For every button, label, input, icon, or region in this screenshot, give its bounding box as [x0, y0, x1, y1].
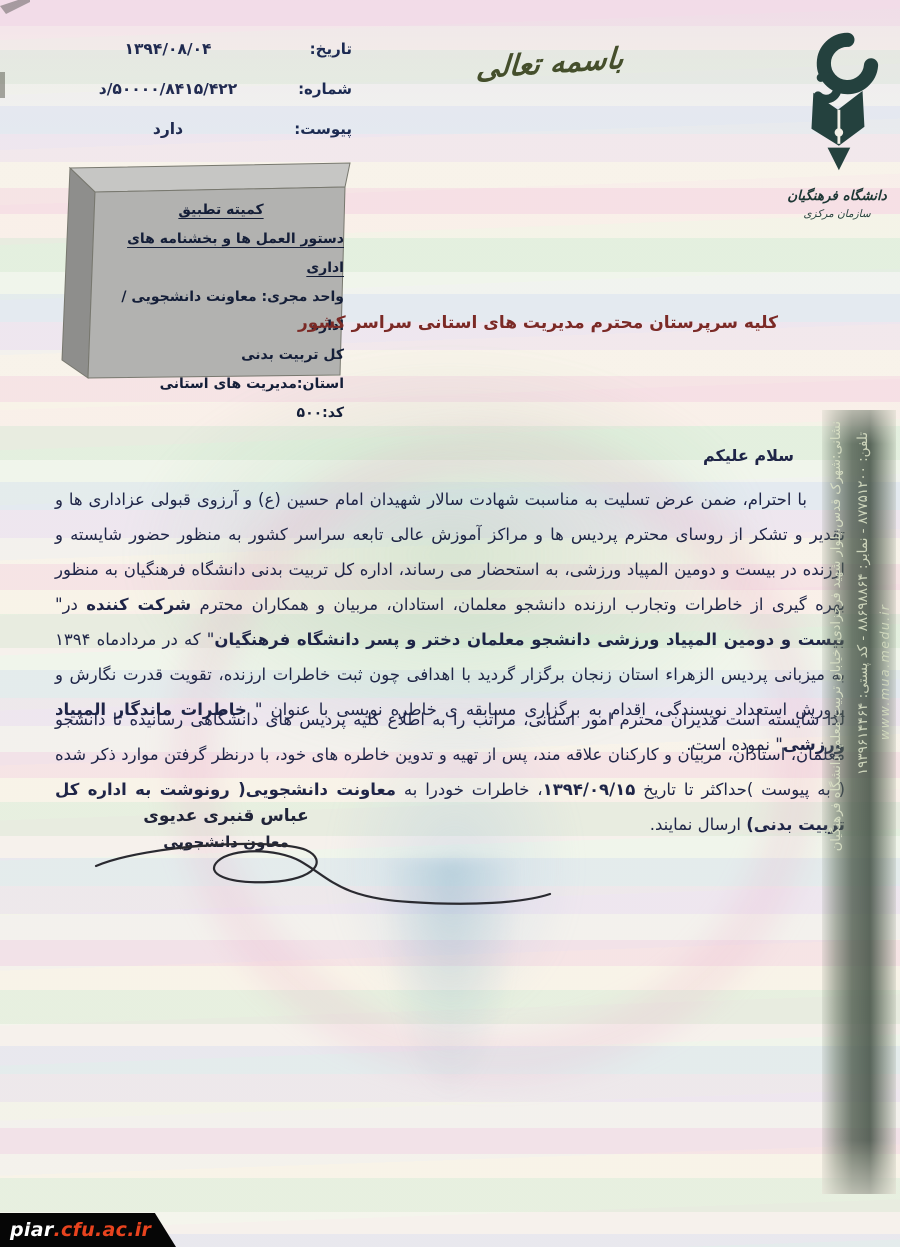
salutation: سلام علیکم — [703, 446, 794, 465]
site-url-watermark: piar.cfu.ac.ir — [0, 1213, 176, 1247]
strip-phone-fax-postal-line: تلفن: ۸۷۷۵۱۲۰۰ - نمابر: ۸۸۶۹۸۸۶۴ - کد پس… — [855, 432, 873, 992]
header-row-attachment: پیوست: دارد — [50, 120, 352, 150]
text-segment: بیست و دومین المپیاد ورزشی دانشجو معلمان… — [214, 630, 845, 649]
text-segment: شرکت کننده — [86, 595, 191, 614]
signer-name: عباس قنبری عدیوی — [108, 806, 344, 826]
attachment-value: دارد — [50, 120, 286, 138]
number-label: شماره: — [286, 80, 352, 98]
right-edge-contact-strip: نشانی:شهرک قدس،بلوار شهید فرحزادی، خیابا… — [822, 410, 896, 1194]
scanned-letter-page: تاریخ: ۱۳۹۴/۰۸/۰۴ شماره: د/۵۰۰۰۰/۸۴۱۵/۴۲… — [0, 0, 900, 1247]
logo-suborg-name: سازمان مرکزی — [778, 208, 896, 220]
stamp-text-block: کمیته تطبیق دستور العمل ها و بخشنامه های… — [92, 192, 352, 380]
stamp-title: کمیته تطبیق — [98, 196, 344, 225]
university-logo: دانشگاه فرهنگیان سازمان مرکزی — [778, 30, 896, 220]
signature-scribble — [78, 836, 568, 921]
text-segment: ۱۳۹۴/۰۹/۱۵ — [543, 780, 636, 799]
date-value: ۱۳۹۴/۰۸/۰۴ — [50, 40, 286, 58]
compliance-stamp-box: کمیته تطبیق دستور العمل ها و بخشنامه های… — [56, 158, 352, 390]
header-row-number: شماره: د/۵۰۰۰۰/۸۴۱۵/۴۲۲ — [50, 80, 352, 110]
addressee-line: کلیه سرپرستان محترم مدیریت های استانی سر… — [298, 313, 778, 333]
scan-edge-artifact — [0, 72, 5, 98]
logo-org-name: دانشگاه فرهنگیان — [778, 188, 896, 204]
number-value: د/۵۰۰۰۰/۸۴۱۵/۴۲۲ — [50, 80, 286, 98]
url-suffix: .cfu.ac.ir — [54, 1219, 152, 1241]
stamp-line-code: کد:۵۰۰ — [98, 399, 344, 428]
stamp-line-province: استان:مدیریت های استانی — [98, 370, 344, 399]
url-prefix: piar — [10, 1219, 54, 1241]
stamp-line-executing-unit-2: کل تربیت بدنی — [98, 341, 344, 370]
strip-address-line: نشانی:شهرک قدس،بلوار شهید فرحزادی، خیابا… — [829, 421, 847, 1011]
attachment-label: پیوست: — [286, 120, 352, 138]
strip-website-line: www.mua.medu.ir — [877, 580, 895, 740]
text-segment: در" — [55, 595, 86, 614]
header-row-date: تاریخ: ۱۳۹۴/۰۸/۰۴ — [50, 40, 352, 70]
scan-corner-artifact — [0, 0, 30, 18]
text-segment: ، خاطرات خودرا به — [396, 780, 543, 799]
date-label: تاریخ: — [286, 40, 352, 58]
header-fields: تاریخ: ۱۳۹۴/۰۸/۰۴ شماره: د/۵۰۰۰۰/۸۴۱۵/۴۲… — [50, 40, 352, 160]
university-emblem-icon — [785, 30, 889, 182]
stamp-subtitle: دستور العمل ها و بخشنامه های اداری — [98, 225, 344, 283]
text-segment: ارسال نمایند. — [650, 815, 747, 834]
besmellah-calligraphy: باسمه تعالی — [424, 37, 676, 89]
